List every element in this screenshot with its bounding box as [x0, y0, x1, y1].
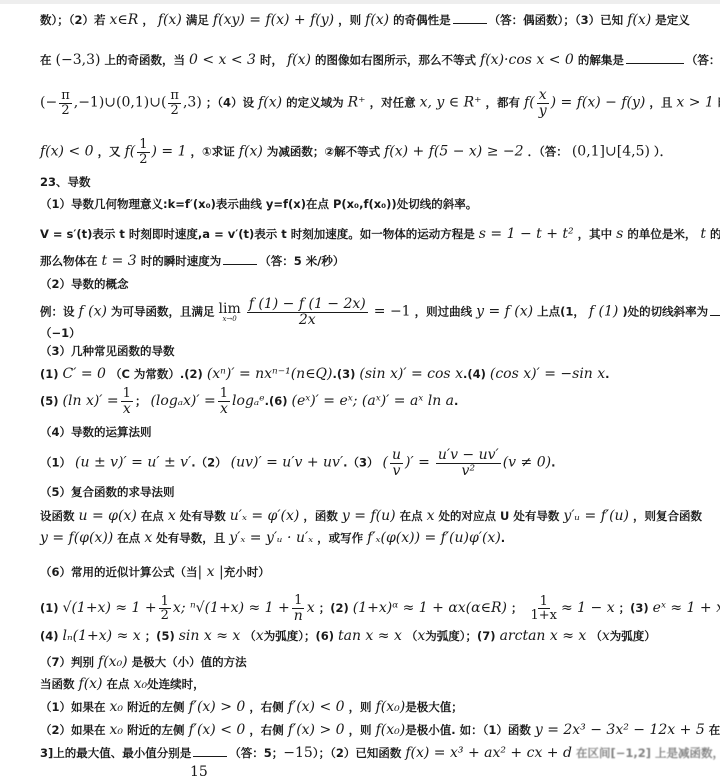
text: 的单位是秒，	[710, 227, 720, 241]
math: f(x) + f(5 − x) ≥ −2	[384, 144, 523, 160]
text-line: 那么物体在 t = 3 时的瞬时速度为（答：5 米/秒）	[40, 253, 700, 270]
math: ,−1)∪(0,1)∪(	[74, 95, 167, 111]
math: u = φ(x)	[79, 508, 137, 524]
text-line: （1） (u ± v)′ = u′ ± v′.（2） (uv)′ = u′v +…	[40, 448, 700, 478]
text-line: 例：设 f (x) 为可导函数，且满足 limx→0 f (1) − f (1 …	[40, 297, 700, 327]
math: f(x)	[158, 12, 182, 28]
answer-blank	[710, 305, 720, 316]
math: f′(x) < 0	[288, 699, 345, 715]
fraction: 12	[159, 595, 171, 623]
math: (cos x)′ = −sin x	[490, 366, 605, 382]
math: y = f(u)	[342, 508, 396, 524]
math: logₐᵉ	[232, 393, 265, 409]
text: （答：偶函数）；（3）已知	[489, 13, 624, 27]
math: s	[616, 226, 623, 242]
text-line: 在 (−3,3) 上的奇函数，当 0 < x < 3 时， f(x) 的图像如右…	[40, 52, 700, 69]
math: = −1	[374, 304, 411, 320]
text-line: (5) (ln x)′ =1x； (logₐx)′ =1xlogₐᵉ.(6) (…	[40, 387, 700, 416]
text: 上的奇函数，当	[104, 53, 185, 67]
math: ) = 1	[152, 144, 187, 160]
math: f(xy) = f(x) + f(y)	[213, 12, 334, 28]
math: s = 1 − t + t²	[479, 226, 574, 242]
text: )处的切线斜率为	[622, 305, 708, 319]
fraction: f (1) − f (1 − 2x)2x	[247, 297, 368, 327]
math: 0 < x < 3	[189, 52, 256, 68]
subsection-heading: （2）导数的概念	[40, 278, 700, 292]
math: x	[256, 628, 264, 644]
math: f(x)	[258, 95, 282, 111]
math: (v ≠ 0)	[503, 455, 551, 471]
math: (u ± v)′ = u′ ± v′	[75, 455, 191, 471]
text-line: （1）如果在 x₀ 附近的左侧 f′(x) > 0 ，右侧 f′(x) < 0 …	[40, 699, 700, 716]
math: f(x)	[287, 52, 311, 68]
math: (−	[40, 95, 57, 111]
math: f(	[524, 95, 535, 111]
answer-blank	[193, 746, 227, 757]
math: f(x)	[365, 12, 389, 28]
answer-blank	[626, 53, 684, 64]
text: 为可导函数，且满足	[111, 305, 215, 319]
math: f(x₀)	[98, 654, 128, 670]
math: y′ᵤ = f′(u)	[563, 508, 629, 524]
text: V = s′(t)表示 t 时刻即时速度,a = v′(t)表示 t 时刻加速度…	[40, 227, 475, 241]
math: t	[700, 226, 706, 242]
math: (	[383, 455, 388, 471]
fraction: π2	[168, 89, 181, 117]
math: f(x) < 0	[40, 144, 94, 160]
text: 时，	[260, 53, 283, 67]
math: (logₐx)′ =	[150, 393, 215, 409]
text-line: (4) lₙ(1+x) ≈ x ；(5) sin x ≈ x （x为弧度）；(6…	[40, 628, 700, 645]
math: f(	[125, 144, 136, 160]
math: ,3)	[183, 95, 202, 111]
math: (uv)′ = u′v + uv′	[231, 455, 344, 471]
text: 的定义域为	[286, 96, 344, 110]
text: 是定义	[655, 13, 690, 27]
math: x > 1	[676, 95, 713, 111]
fraction: π2	[59, 89, 72, 117]
text-line: y = f(φ(x)) 在点 x 处有导数，且 y′ₓ = y′ᵤ · u′ₓ …	[40, 530, 700, 547]
text-line: （2）如果在 x₀ 附近的左侧 f′(x) < 0 ，右侧 f′(x) > 0 …	[40, 722, 700, 739]
math: x	[307, 600, 315, 616]
fraction: uv	[390, 448, 403, 478]
answer-blank	[453, 13, 487, 24]
text: 时的瞬时速度为	[141, 254, 222, 268]
text: 满足	[186, 13, 209, 27]
answer-blank	[223, 254, 257, 265]
fraction: 11+x	[529, 595, 560, 623]
fraction: 12	[137, 138, 149, 166]
math: (sin x)′ = cos x	[359, 366, 463, 382]
math: f′ₓ(φ(x)) = f′(u)φ′(x)	[367, 530, 501, 546]
fraction: 1n	[292, 594, 305, 623]
math: (xⁿ)′ = nxⁿ⁻¹(n∈Q)	[207, 366, 333, 382]
math: t = 3	[102, 253, 137, 269]
math: x∈R	[110, 12, 139, 28]
math: f(x)	[79, 676, 103, 692]
math: sin x ≈ x	[179, 628, 241, 644]
math: x, y ∈ R⁺	[420, 95, 482, 111]
math: x	[144, 530, 152, 546]
text: 那么物体在	[40, 254, 98, 268]
text-line: (−π2,−1)∪(0,1)∪(π2,3) ；（4）设 f(x) 的定义域为 R…	[40, 88, 700, 118]
text-line: V = s′(t)表示 t 时刻即时速度,a = v′(t)表示 t 时刻加速度…	[40, 226, 700, 243]
text: 的奇偶性是	[393, 13, 451, 27]
math: ) = f(x) − f(y)	[551, 95, 646, 111]
text-line: 当函数 f(x) 在点 x₀处连续时，	[40, 676, 700, 693]
fraction: xy	[537, 88, 549, 118]
text: 的解集是	[578, 53, 624, 67]
subsection-heading: （3）几种常见函数的导数	[40, 345, 700, 359]
math: f(x₀)	[376, 722, 406, 738]
text-line-partial: 15	[190, 764, 700, 776]
fraction: u′v − uv′v²	[436, 448, 501, 478]
text: 的单位是米，	[627, 227, 696, 241]
math: f′(x) > 0	[288, 722, 345, 738]
subsection-heading: （7）判别 f(x₀) 是极大（小）值的方法	[40, 654, 700, 671]
math: u′ₓ = φ′(x)	[230, 508, 300, 524]
math: x	[168, 508, 176, 524]
text: （答：5 米/秒）	[259, 254, 344, 268]
math: C′ = 0	[63, 366, 106, 382]
text: ，其中	[578, 227, 613, 241]
text-line: （−1）	[40, 327, 700, 341]
subsection-heading: （5）复合函数的求导法则	[40, 486, 700, 500]
math: f (x)	[79, 304, 107, 320]
math: f(x₀)	[376, 699, 406, 715]
text: ，	[142, 13, 154, 27]
top-edge	[0, 0, 720, 4]
math: x	[427, 508, 435, 524]
fraction: 1x	[121, 387, 133, 416]
math: −15	[283, 745, 313, 761]
text: 上点(1，	[537, 305, 585, 319]
limit: limx→0	[219, 302, 241, 323]
math: (0,1]∪[4,5)	[572, 144, 650, 160]
math: f(x) = x³ + ax² + cx + d	[405, 745, 572, 761]
math: y = f (x)	[476, 304, 533, 320]
math: (−3,3)	[56, 52, 101, 68]
text-line: f(x) < 0 ，又 f(12) = 1 ，①求证 f(x) 为减函数；②解不…	[40, 138, 700, 166]
math: f′(x) > 0	[189, 699, 246, 715]
math: y = f(φ(x))	[40, 530, 113, 546]
math: √(1+x) ≈ 1 +	[63, 600, 157, 616]
math: y = 2x³ − 3x² − 12x + 5	[535, 722, 705, 738]
text: 为减函数；②解不等式	[267, 145, 380, 159]
subsection-heading: （6）常用的近似计算公式（当| x |充小时）	[40, 564, 700, 581]
text: ，①求证	[191, 145, 235, 159]
text: ，对任意	[370, 96, 416, 110]
math: (ln x)′ =	[63, 393, 119, 409]
math: R⁺	[348, 95, 366, 111]
section-heading: 23、导数	[40, 176, 700, 190]
text: ，则过曲线	[415, 305, 473, 319]
math: f(x)	[627, 12, 651, 28]
math: f (1)	[589, 304, 618, 320]
math: x₀	[110, 722, 124, 738]
text: 在	[40, 53, 52, 67]
text: ．（答：	[528, 145, 568, 159]
math: x₀	[134, 676, 148, 692]
fraction: 1x	[218, 387, 230, 416]
math: tan x ≈ x	[338, 628, 402, 644]
math: | x |	[198, 564, 224, 580]
text: 数）；（2）若	[40, 13, 106, 27]
text-line: 3]上的最大值、最小值分别是（答：5；−15）；（2）已知函数 f(x) = x…	[40, 745, 700, 762]
math: f(x)	[239, 144, 263, 160]
math: x	[602, 628, 610, 644]
math: arctan x ≈ x	[500, 628, 587, 644]
text-line: （1）导数几何物理意义:k=f′(x₀)表示曲线 y=f(x)在点 P(x₀,f…	[40, 198, 700, 212]
text: ；（4）设	[206, 96, 254, 110]
math: eˣ ≈ 1 + x	[653, 600, 720, 616]
math: )′ =	[405, 455, 430, 471]
math: (1+x)ᵅ ≈ 1 + αx(α∈R)	[353, 600, 507, 616]
math: (eˣ)′ = eˣ; (aˣ)′ = aˣ ln a	[292, 393, 455, 409]
text: ）．	[654, 145, 671, 159]
math: lₙ(1+x) ≈ x	[63, 628, 141, 644]
text: （答：	[686, 53, 720, 67]
math: x₀	[110, 699, 124, 715]
math: x; ⁿ√(1+x) ≈ 1 +	[173, 600, 290, 616]
text-line: 数）；（2）若 x∈R ， f(x) 满足 f(xy) = f(x) + f(y…	[40, 12, 700, 29]
text-line: (1) √(1+x) ≈ 1 +12x; ⁿ√(1+x) ≈ 1 +1nx ；(…	[40, 594, 700, 623]
math: f′(x) < 0	[189, 722, 246, 738]
math: ≈ 1 − x	[561, 600, 615, 616]
text-line: 设函数 u = φ(x) 在点 x 处有导数 u′ₓ = φ′(x) ，函数 y…	[40, 508, 700, 525]
text: 例：设	[40, 305, 75, 319]
text: 的图像如右图所示，那么不等式	[315, 53, 476, 67]
text: ，又	[98, 145, 121, 159]
text-line: (1) C′ = 0 （C 为常数）.(2) (xⁿ)′ = nxⁿ⁻¹(n∈Q…	[40, 366, 700, 383]
text: ，都有	[486, 96, 521, 110]
subsection-heading: （4）导数的运算法则	[40, 426, 700, 440]
math: f(x)·cos x < 0	[480, 52, 574, 68]
text: ，则	[338, 13, 361, 27]
math: y′ₓ = y′ᵤ · u′ₓ	[229, 530, 313, 546]
text: ，且	[649, 96, 672, 110]
